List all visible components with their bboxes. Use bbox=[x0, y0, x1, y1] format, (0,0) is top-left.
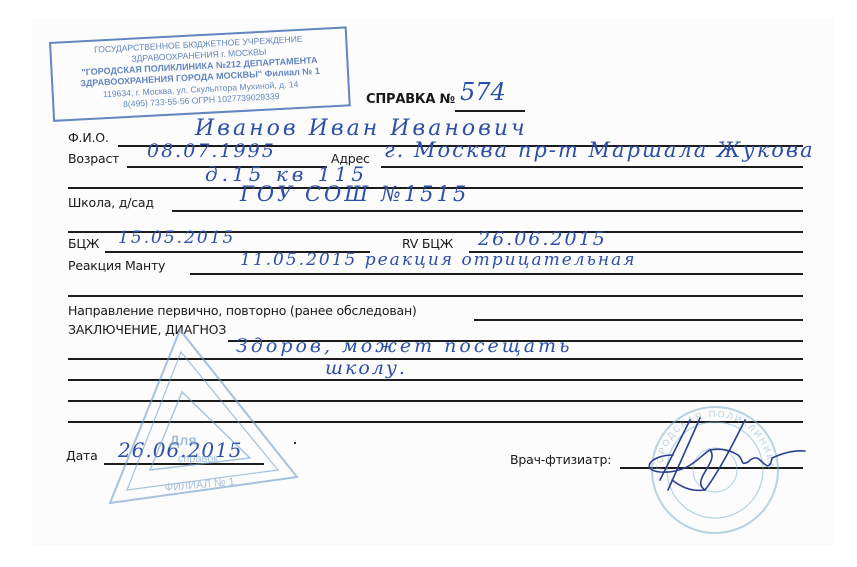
round-stamp: ГОРОДСКАЯ ПОЛИКЛИНИКА bbox=[652, 407, 778, 533]
triangle-stamp: Для справок ФИЛИАЛ № 1 bbox=[110, 330, 297, 503]
svg-text:ГОРОДСКАЯ ПОЛИКЛИНИКА: ГОРОДСКАЯ ПОЛИКЛИНИКА bbox=[654, 409, 776, 471]
triangle-stamp-line-2: справок bbox=[178, 453, 219, 465]
stamps-overlay: Для справок ФИЛИАЛ № 1 ГОРОДСКАЯ ПОЛИКЛИ… bbox=[0, 0, 857, 567]
triangle-stamp-line-1: Для bbox=[169, 432, 196, 448]
round-stamp-text: ГОРОДСКАЯ ПОЛИКЛИНИКА bbox=[654, 409, 776, 471]
